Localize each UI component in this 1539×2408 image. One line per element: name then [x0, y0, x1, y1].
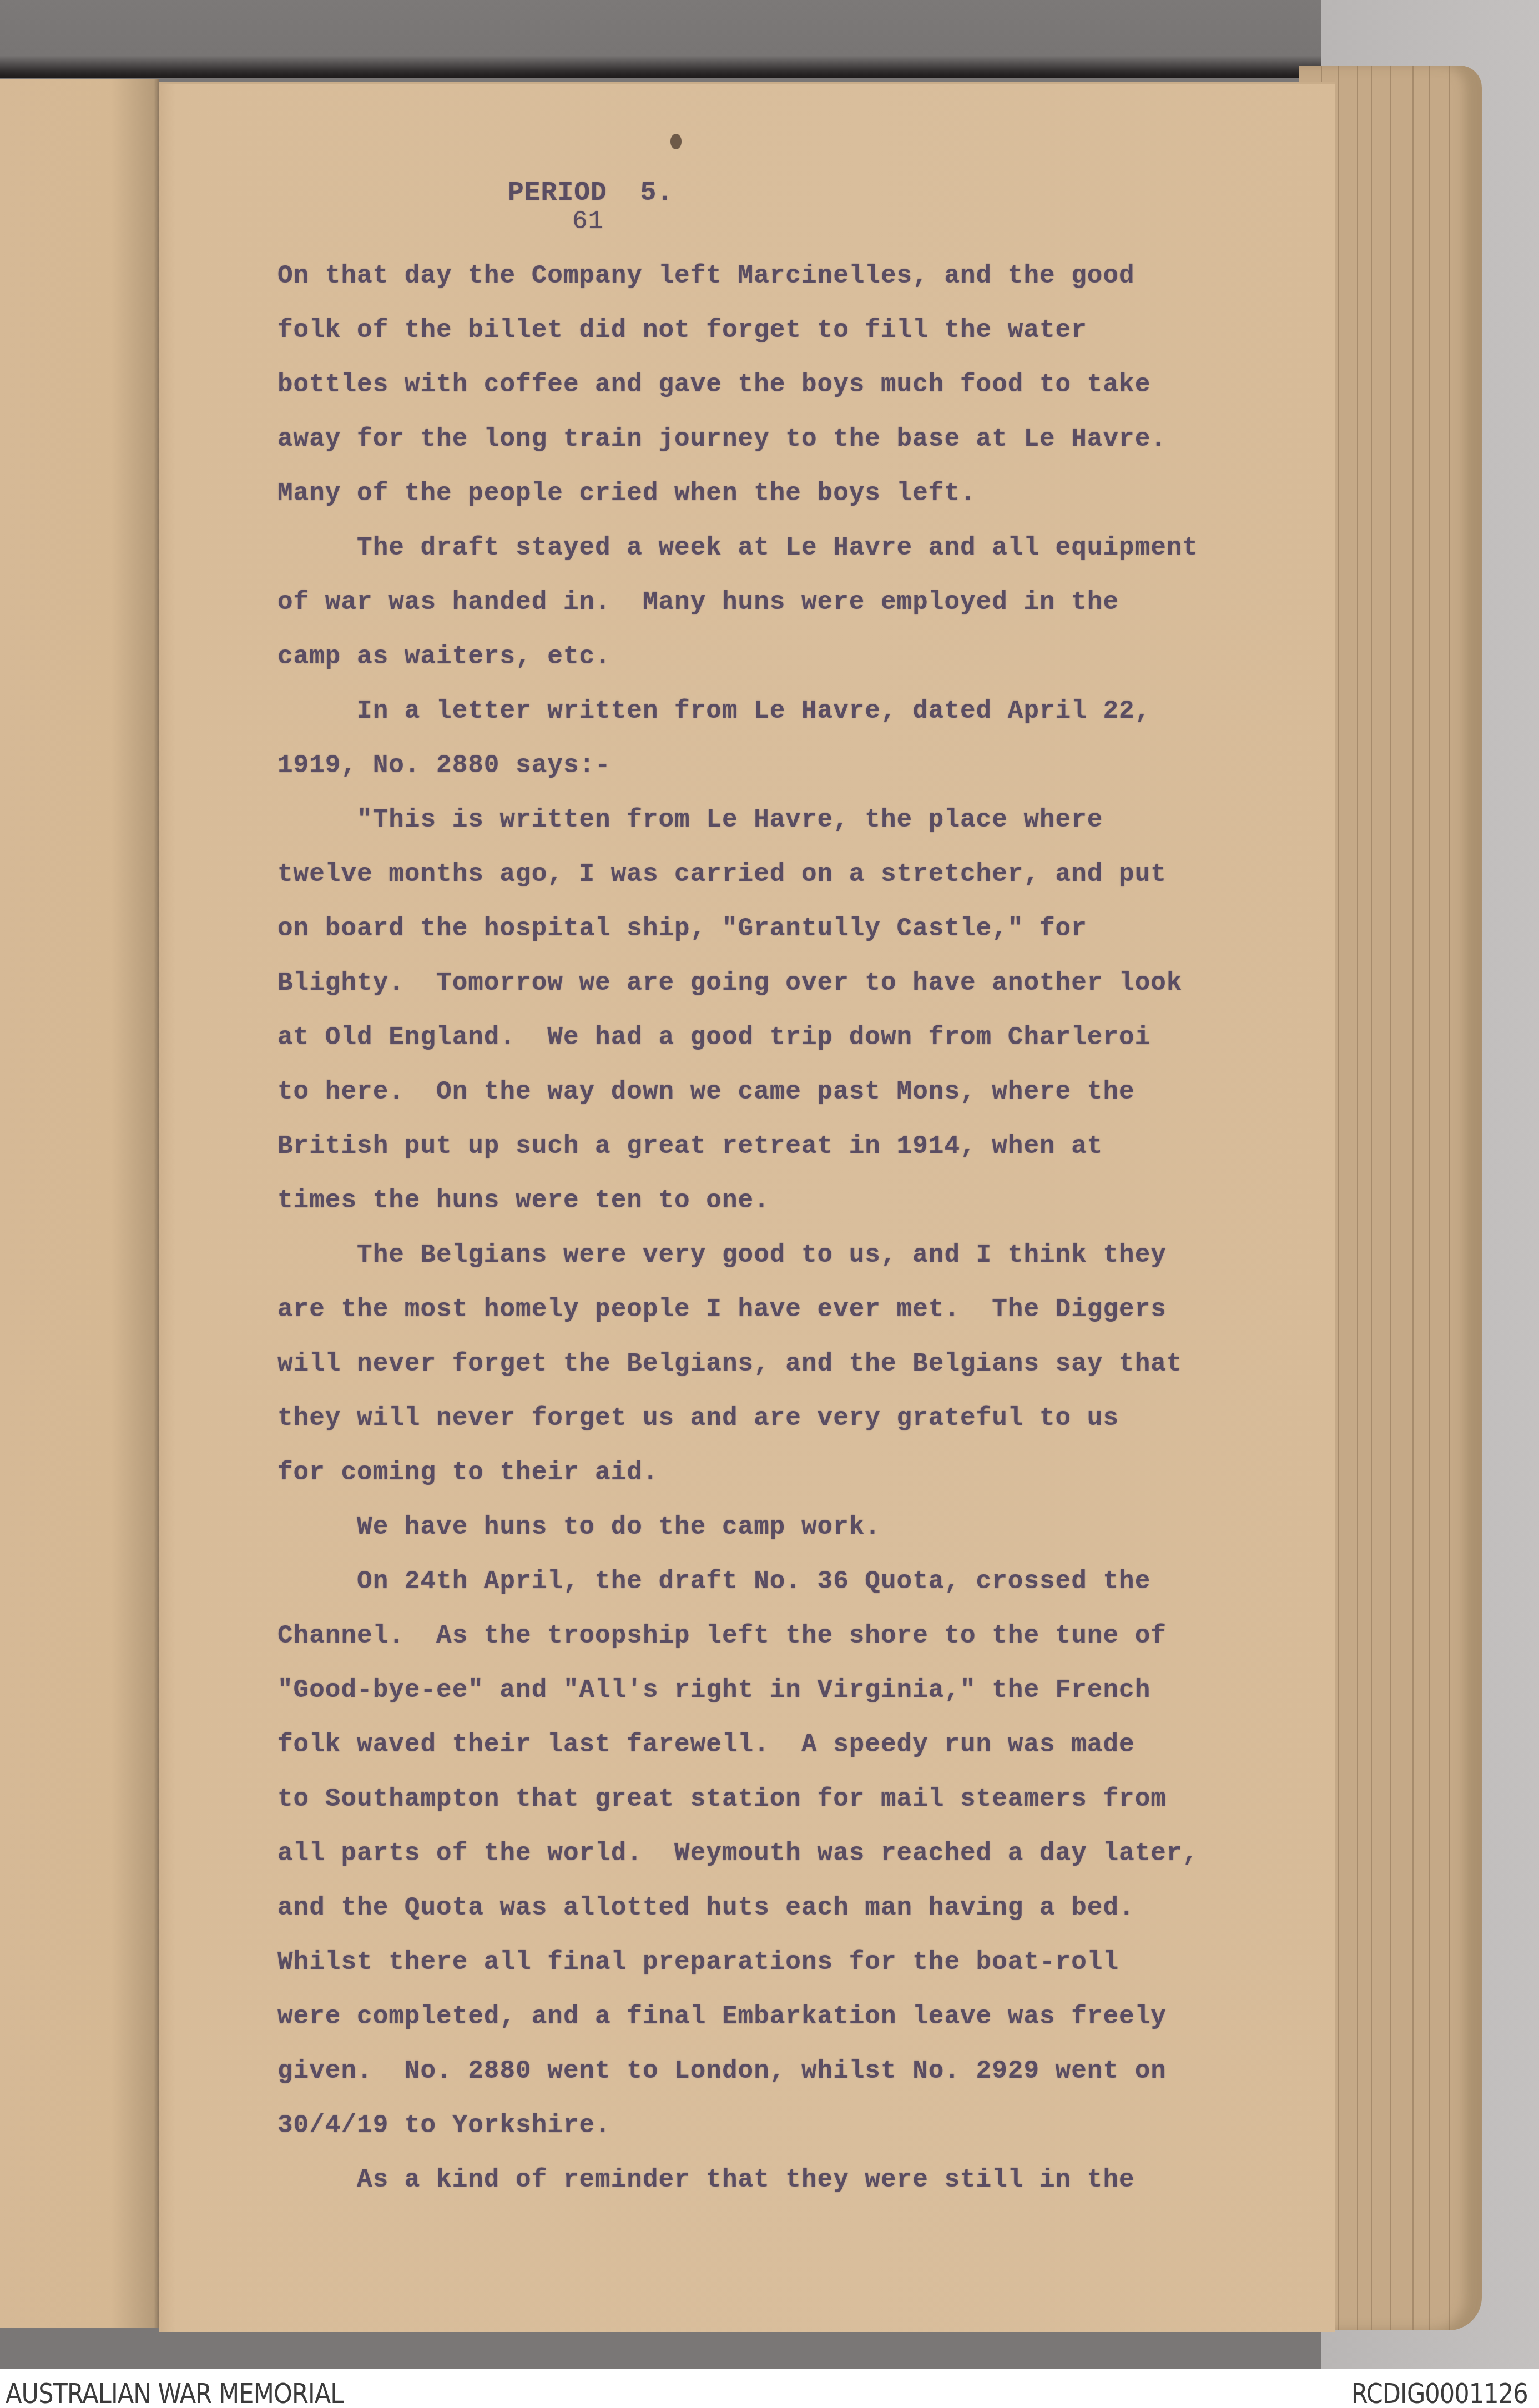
text-line: will never forget the Belgians, and the …	[277, 1349, 1182, 1378]
page-edge	[1412, 66, 1414, 2330]
text-line: folk of the billet did not forget to fil…	[277, 316, 1087, 345]
page-edge	[1357, 66, 1358, 2330]
text-line: are the most homely people I have ever m…	[277, 1295, 1167, 1324]
page-edge	[1338, 66, 1339, 2330]
text-line: The draft stayed a week at Le Havre and …	[277, 533, 1198, 562]
text-line: given. No. 2880 went to London, whilst N…	[277, 2057, 1167, 2085]
ink-blot	[670, 134, 682, 149]
text-line: all parts of the world. Weymouth was rea…	[277, 1839, 1198, 1868]
text-line: camp as waiters, etc.	[277, 642, 611, 671]
text-line: We have huns to do the camp work.	[277, 1513, 881, 1541]
period-heading: PERIOD 5.	[508, 178, 673, 208]
text-line: Many of the people cried when the boys l…	[277, 479, 976, 508]
page-edge	[1371, 66, 1372, 2330]
text-line: Channel. As the troopship left the shore…	[277, 1621, 1167, 1650]
text-line: they will never forget us and are very g…	[277, 1404, 1119, 1433]
text-line: times the huns were ten to one.	[277, 1186, 770, 1215]
text-line: folk waved their last farewell. A speedy…	[277, 1730, 1135, 1759]
text-line: on board the hospital ship, "Grantully C…	[277, 914, 1087, 943]
page-edge	[1449, 66, 1450, 2330]
text-line: Whilst there all final preparations for …	[277, 1948, 1119, 1977]
text-line: "Good-bye-ee" and "All's right in Virgin…	[277, 1676, 1151, 1705]
text-line: "This is written from Le Havre, the plac…	[277, 805, 1103, 834]
text-line: 30/4/19 to Yorkshire.	[277, 2111, 611, 2140]
text-line: Blighty. Tomorrow we are going over to h…	[277, 969, 1182, 998]
text-line: British put up such a great retreat in 1…	[277, 1132, 1103, 1161]
left-page	[0, 79, 159, 2328]
text-line: of war was handed in. Many huns were emp…	[277, 588, 1119, 617]
text-line: at Old England. We had a good trip down …	[277, 1023, 1151, 1052]
text-line: away for the long train journey to the b…	[277, 425, 1167, 454]
text-line: bottles with coffee and gave the boys mu…	[277, 370, 1151, 399]
text-line: The Belgians were very good to us, and I…	[277, 1241, 1167, 1270]
text-line: and the Quota was allotted huts each man…	[277, 1893, 1135, 1922]
text-line: were completed, and a final Embarkation …	[277, 2002, 1167, 2031]
page-edge	[1390, 66, 1391, 2330]
text-line: to Southampton that great station for ma…	[277, 1785, 1167, 1813]
record-identifier: RCDIG0001126	[1351, 2377, 1528, 2408]
text-line: On 24th April, the draft No. 36 Quota, c…	[277, 1567, 1151, 1596]
page-number: 61	[572, 207, 604, 236]
text-line: On that day the Company left Marcinelles…	[277, 261, 1135, 290]
document-page: PERIOD 5. 61 On that day the Company lef…	[159, 82, 1335, 2332]
institution-caption: AUSTRALIAN WAR MEMORIAL	[6, 2377, 343, 2408]
text-line: As a kind of reminder that they were sti…	[277, 2165, 1135, 2194]
text-line: In a letter written from Le Havre, dated…	[277, 697, 1151, 726]
text-line: twelve months ago, I was carried on a st…	[277, 860, 1167, 889]
text-line: for coming to their aid.	[277, 1458, 659, 1487]
text-line: to here. On the way down we came past Mo…	[277, 1077, 1135, 1106]
text-line: 1919, No. 2880 says:-	[277, 751, 611, 780]
page-edge	[1429, 66, 1430, 2330]
